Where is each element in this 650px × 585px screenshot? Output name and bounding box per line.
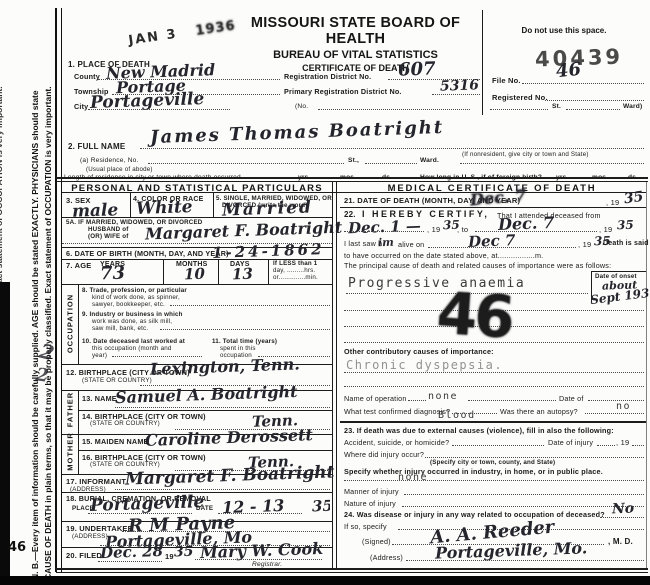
margin-scribble: 2 <box>35 364 50 387</box>
county-label: County <box>74 72 100 81</box>
bottom-double-rule-bottom <box>56 572 648 573</box>
specify-place-label: Specify whether injury occurred in indus… <box>344 467 603 476</box>
handwritten-file-number: 46 <box>555 59 582 83</box>
file-no-label: File No. <box>492 76 521 85</box>
principal-cause-label: The principal cause of death and related… <box>344 261 611 270</box>
lastsaw-year-prefix: , 19 <box>578 240 591 249</box>
occ11-line2: spent in this <box>220 345 256 352</box>
attended-from-value: Dec. 1 — <box>348 217 421 238</box>
filed-year-prefix: 19 <box>165 552 174 561</box>
injury-date-line <box>597 445 615 446</box>
operation-line2 <box>468 400 556 401</box>
registered-no-line <box>545 100 644 101</box>
test-label: What test confirmed diagnosis? <box>344 407 450 416</box>
occ9-line2: work was done, as silk mill, <box>92 318 172 325</box>
blank-line <box>344 372 644 373</box>
section-header-rule <box>62 192 646 193</box>
manner-label: Manner of injury <box>344 487 399 496</box>
occ8-line <box>170 305 330 306</box>
burial-date-label: DATE <box>196 505 213 512</box>
full-name-label: 2. FULL NAME <box>68 142 125 151</box>
to-year-prefix: , 19 <box>599 225 612 234</box>
city-st-line <box>490 109 548 110</box>
cell-divider <box>213 192 214 217</box>
nature-line <box>402 506 644 507</box>
burial-year-clip: 35 <box>310 497 330 517</box>
race-value: White <box>136 197 193 219</box>
from-year-prefix: , 19 <box>427 225 440 234</box>
dod-year-prefix: , 19 <box>606 198 619 207</box>
spouse-label-3: (OR) WIFE of <box>88 233 129 240</box>
operation-label: Name of operation <box>344 394 407 403</box>
address-label: (Address) <box>370 553 403 562</box>
file-no-line <box>522 83 644 84</box>
where-injury-label: Where did injury occur? <box>344 450 424 459</box>
less-than-label-1: If LESS than 1 <box>273 260 317 267</box>
occ10-line1: 10. Date deceased last worked at <box>82 338 185 345</box>
spouse-label-2: HUSBAND of <box>88 226 129 233</box>
autopsy-line <box>585 413 644 414</box>
injury-date-label: Date of injury <box>548 438 593 447</box>
residence-line2 <box>365 163 417 164</box>
occ9-line1: 9. Industry or business in which <box>82 311 183 318</box>
filed-date-line <box>98 561 162 562</box>
scan-bottom-bar <box>0 576 650 585</box>
undertaker-sublabel: (ADDRESS) <box>72 533 108 540</box>
occ9-line <box>160 329 330 330</box>
primary-district-label: Primary Registration District No. <box>284 87 402 96</box>
abode-note: (Usual place of abode) <box>86 166 153 173</box>
received-stamp-date: JAN 3 <box>128 27 179 49</box>
received-date-stamp: JAN 3 1936 <box>127 17 236 50</box>
lastsaw-value: Dec 7 <box>468 231 516 251</box>
less-than-label-3: or..............min. <box>273 274 318 281</box>
dob-label: 6. DATE OF BIRTH (MONTH, DAY, AND YEAR) <box>66 249 229 258</box>
occurred-label: to have occurred on the date stated abov… <box>344 251 543 260</box>
mother-vertical-label: MOTHER <box>66 427 75 477</box>
occ11-line1: 11. Total time (years) <box>212 338 277 345</box>
age-months-value: 10 <box>184 265 205 284</box>
physician-address-value: Portageville, Mo. <box>435 538 588 562</box>
mother-divider <box>78 434 79 474</box>
residence-label: (a) Residence, No. <box>80 157 139 164</box>
where-injury-line <box>425 457 644 458</box>
st-label: St. <box>552 103 561 110</box>
occ8-line3: sawyer, bookkeeper, etc. <box>92 301 165 308</box>
primary-district-line <box>432 94 480 95</box>
occ10-line <box>112 356 202 357</box>
cell-divider <box>130 192 131 217</box>
page-stamp-number: 46 <box>435 278 514 351</box>
mother-maiden-name-value: Caroline Derossett <box>145 425 313 450</box>
specify-city-note: (Specify city or town, county, and State… <box>430 459 555 466</box>
blank-line <box>344 386 644 387</box>
occ10-line2: this occupation (month and <box>92 345 172 352</box>
registration-district-label: Registration District No. <box>284 72 371 81</box>
page-subtitle: BUREAU OF VITAL STATISTICS <box>233 49 478 61</box>
q24-line <box>600 517 644 518</box>
operation-value: none <box>428 391 458 402</box>
lastsaw-label: I last saw h <box>344 239 382 248</box>
nonresident-note: (If nonresident, give city or town and S… <box>462 151 589 158</box>
city-no-label: (No. <box>295 103 308 110</box>
father-birthplace-sublabel: (STATE OR COUNTRY) <box>90 420 160 427</box>
primary-district-value: 5316 <box>440 77 480 94</box>
onset-box-top <box>591 271 646 272</box>
nature-label: Nature of injury <box>344 499 396 508</box>
q23-label: 23. If death was due to external causes … <box>344 426 614 435</box>
corner-stamp-number: 46 <box>8 540 26 555</box>
q24-value: No <box>612 501 635 518</box>
occ8-line2: kind of work done, as spinner, <box>92 294 180 301</box>
column-divider-2 <box>336 181 337 568</box>
filed-label: 20. FILED <box>66 551 102 560</box>
occupation-vertical-label: OCCUPATION <box>66 294 75 354</box>
age-years-value: 73 <box>100 263 126 285</box>
informant-label: 17. INFORMANT <box>66 477 126 486</box>
margin-note-line2: CAUSE OF DEATH in plain terms, so that i… <box>43 18 53 580</box>
filed-year-value: 35 <box>174 544 194 561</box>
double-rule-top <box>56 177 648 179</box>
city-no-line <box>318 109 470 110</box>
blank-line <box>344 480 644 481</box>
to-year-value: 35 <box>617 218 634 233</box>
row-rule <box>62 217 332 218</box>
residence-ward-label: Ward. <box>420 157 439 164</box>
registrar-label: Registrar. <box>252 561 282 568</box>
margin-scribble: 2 <box>37 339 56 366</box>
manner-line <box>404 494 644 495</box>
margin-note-line1: N. B.—Every item of information should b… <box>30 18 40 580</box>
residence-line1 <box>148 163 344 164</box>
scan-edge-strip <box>0 282 10 578</box>
mother-maiden-name-label: 15. MAIDEN NAME <box>82 437 149 446</box>
left-double-rule <box>55 8 62 572</box>
lastsaw-hand-value: im <box>378 236 394 250</box>
filed-date-value: Dec. 28 <box>100 542 164 562</box>
row-rule <box>62 284 332 285</box>
injury-year-line <box>632 445 644 446</box>
age-label: 7. AGE <box>66 261 92 270</box>
ward-label: Ward) <box>623 103 642 110</box>
registrar-line <box>195 559 322 560</box>
attended-from-line <box>344 231 424 232</box>
mother-birthplace-sublabel: (STATE OR COUNTRY) <box>90 461 160 468</box>
father-name-line <box>115 407 330 408</box>
test-value: Blood <box>438 410 476 421</box>
alive-on-label: alive on <box>398 240 424 249</box>
registered-no-label: Registered No. <box>492 93 548 102</box>
birthplace-sublabel: (STATE OR COUNTRY) <box>82 377 152 384</box>
occ9-line3: saw mill, bank, etc. <box>92 325 148 332</box>
date-of-death-value: Dec. 7 <box>469 186 527 210</box>
q24-label: 24. Was disease or injury in any way rel… <box>344 510 605 519</box>
death-said-label: Death is said <box>603 240 649 247</box>
page-title: MISSOURI STATE BOARD OF HEALTH <box>233 15 478 47</box>
bottom-double-rule-top <box>56 568 648 570</box>
injury-year-prefix: , 19 <box>616 438 629 447</box>
full-name-line <box>140 148 644 149</box>
section-23-rule <box>340 421 646 423</box>
autopsy-label: Was there an autopsy? <box>500 407 578 416</box>
accident-label: Accident, suicide, or homicide? <box>344 438 449 447</box>
header-title-block: MISSOURI STATE BOARD OF HEALTH BUREAU OF… <box>233 15 478 73</box>
test-line <box>452 413 497 414</box>
md-label: , M. D. <box>608 537 633 546</box>
address-line <box>406 560 644 561</box>
occ8-line1: 8. Trade, profession, or particular <box>82 287 187 294</box>
row-rule <box>78 450 332 451</box>
cell-divider <box>268 259 269 284</box>
autopsy-value: no <box>616 401 631 412</box>
residence-st-label: St., <box>348 157 359 164</box>
cell-divider <box>163 259 164 284</box>
city-ward-line <box>566 109 620 110</box>
city-line <box>88 109 230 110</box>
do-not-use-label: Do not use this space. <box>482 26 646 35</box>
burial-year-value: 35 <box>312 497 330 515</box>
registration-district-value: 607 <box>398 58 436 80</box>
age-days-value: 13 <box>232 265 253 284</box>
informant-line <box>115 489 330 490</box>
father-divider <box>78 390 79 434</box>
accident-line <box>452 445 544 446</box>
contributory-label: Other contributory causes of importance: <box>344 347 494 356</box>
occ10-line3: year) <box>92 352 107 359</box>
city-label: City <box>74 102 88 111</box>
ifso-label: If so, specify <box>344 522 387 531</box>
cell-divider <box>218 259 219 284</box>
contributory-value: Chronic dyspepsia. <box>346 358 503 372</box>
less-than-label-2: day, .........hrs. <box>273 267 315 274</box>
double-rule-bottom <box>56 181 648 182</box>
signed-label: (Signed) <box>362 537 391 546</box>
dod-year-value: 35 <box>623 189 645 208</box>
cert-number: 22. <box>344 210 356 219</box>
full-name-value: James Thomas Boatright <box>150 117 445 148</box>
death-certificate-scan: CAUSE OF DEATH in plain terms, so that i… <box>0 0 650 585</box>
column-divider-1 <box>332 181 333 568</box>
to-label: , to <box>457 225 468 234</box>
father-name-label: 13. NAME <box>82 394 117 403</box>
residence-line3 <box>460 163 644 164</box>
row-rule <box>340 207 646 208</box>
received-stamp-year: 1936 <box>195 19 237 39</box>
occupation-divider <box>78 284 79 364</box>
operation-date-label: Date of <box>559 394 584 403</box>
birthplace-value: Lexington, Tenn. <box>150 354 300 378</box>
injury-place-value: none <box>398 472 428 483</box>
operation-line <box>408 400 426 401</box>
